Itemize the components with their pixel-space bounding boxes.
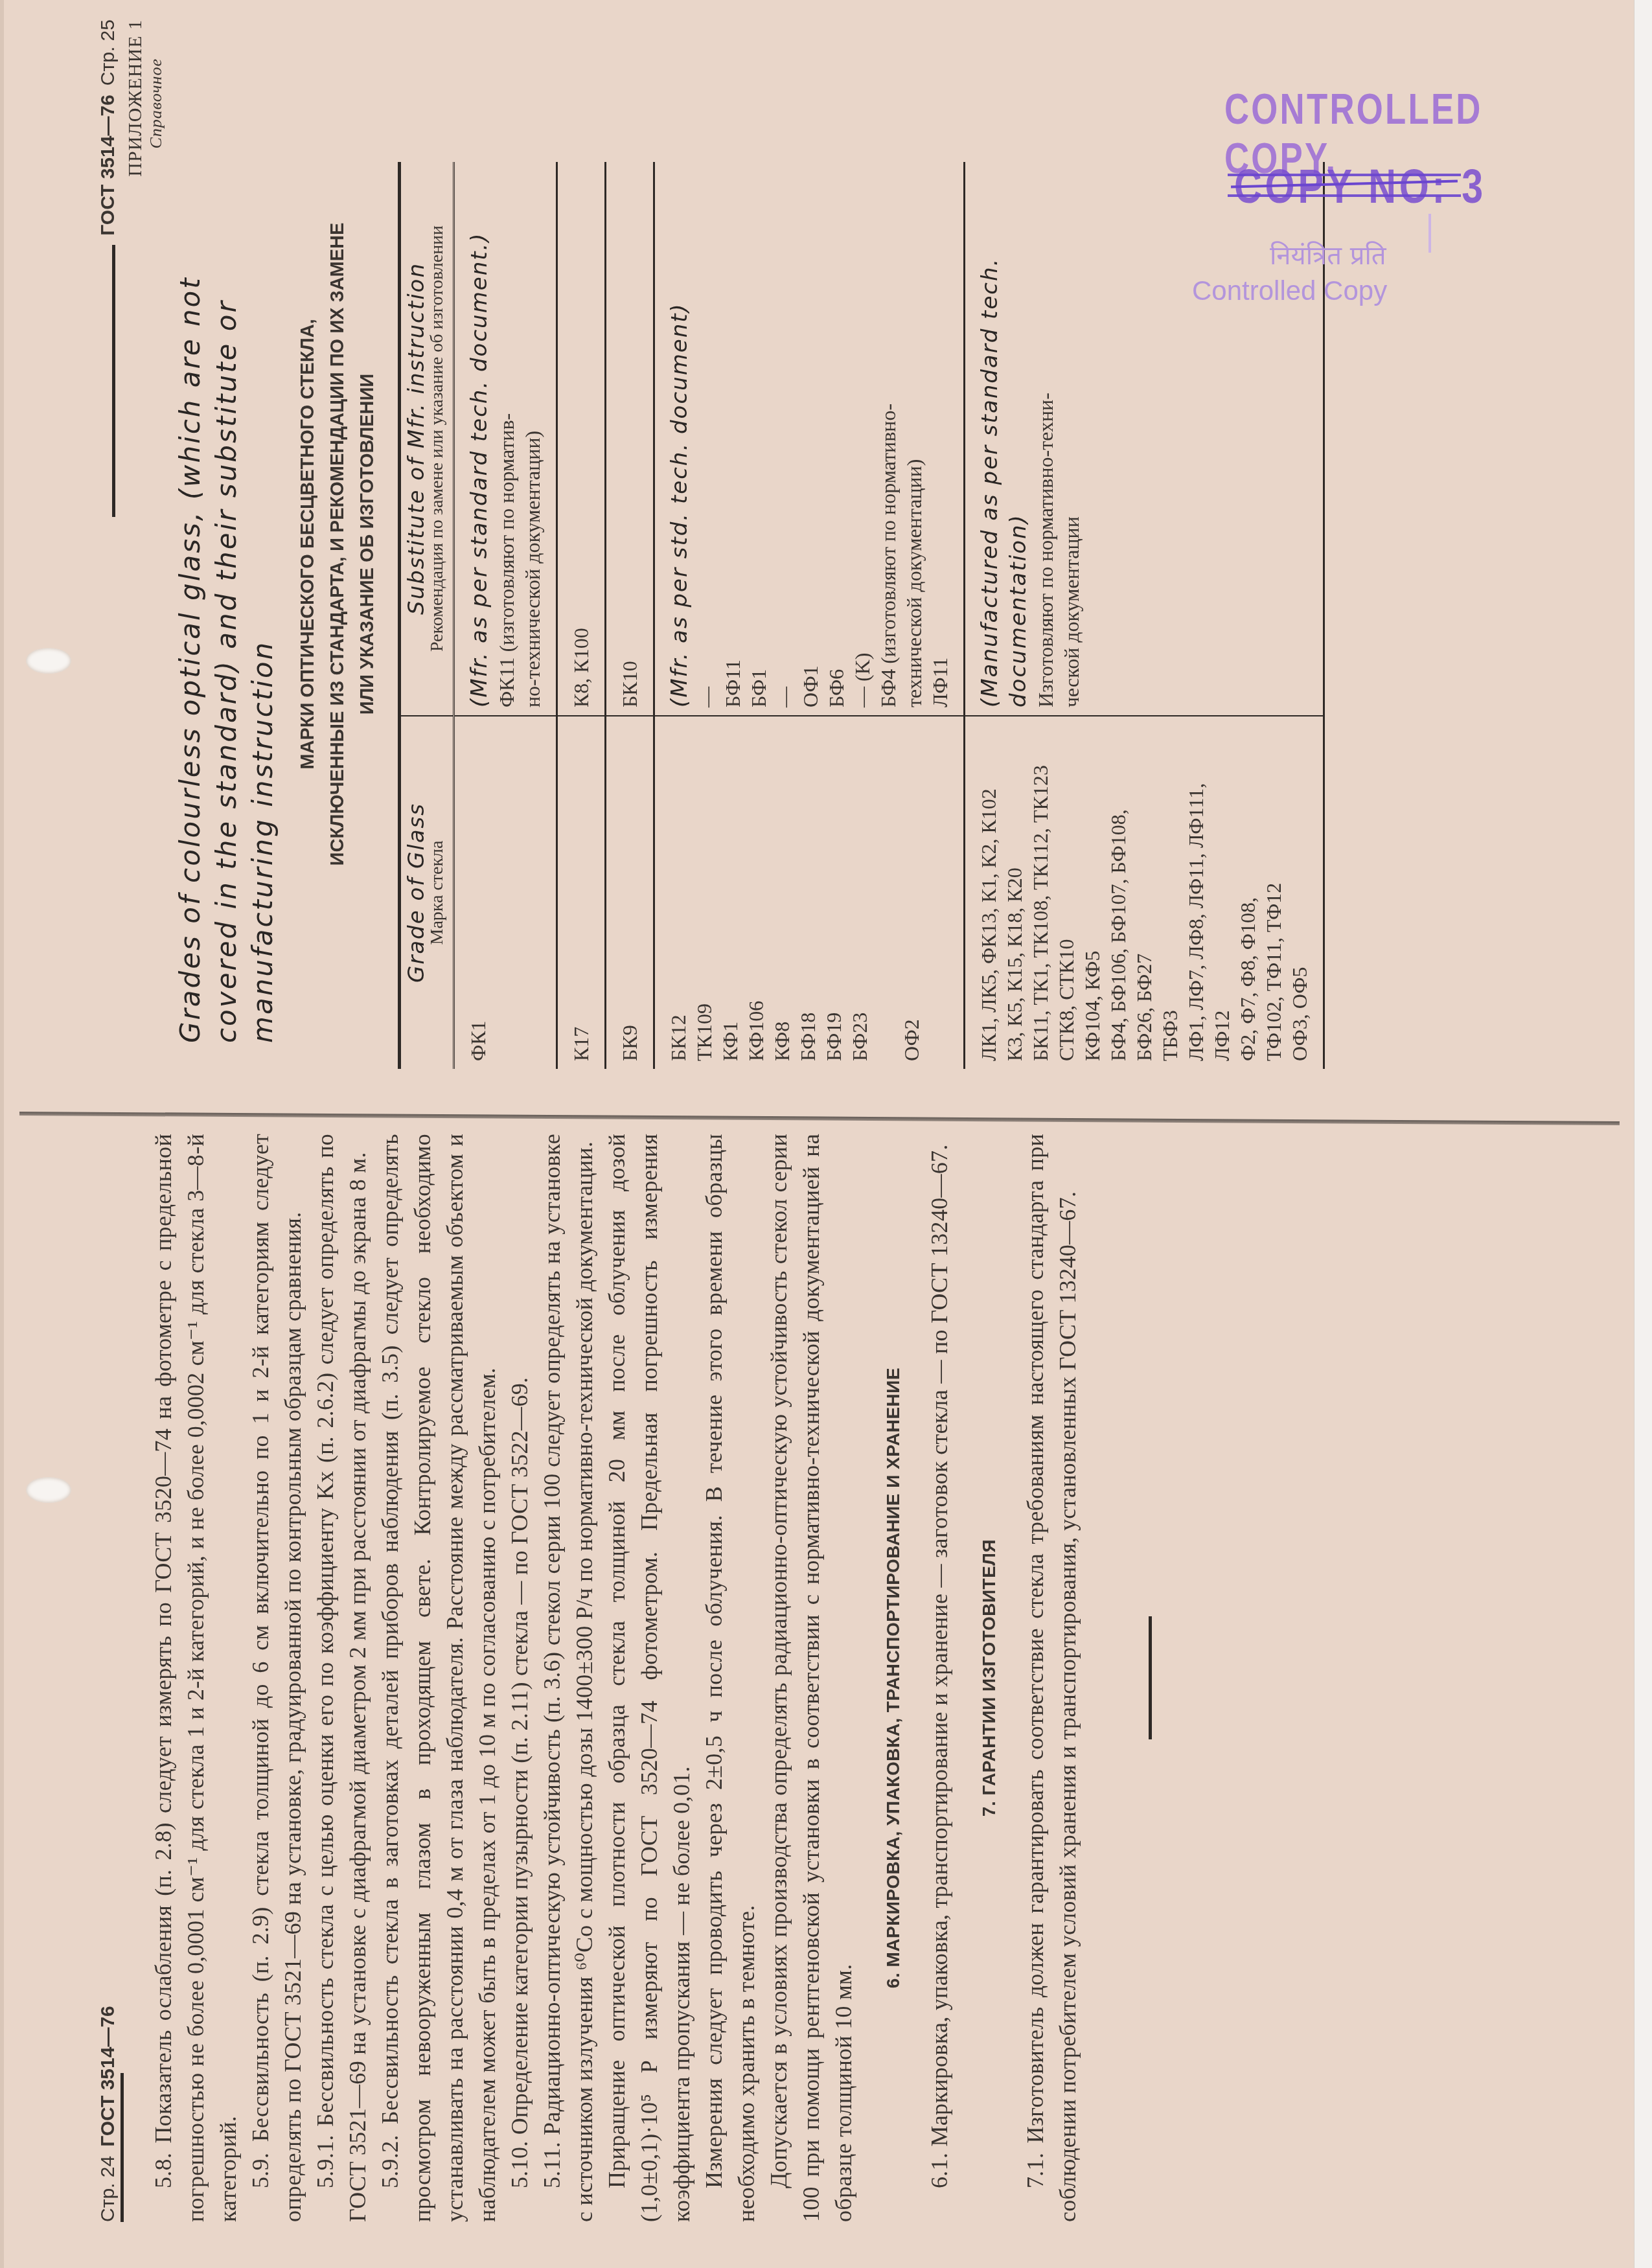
paragraph-6-1: 6.1. Маркировка, упаковка, транспортиров… xyxy=(923,1134,956,2222)
controlled-copy-stamp-small: Controlled Copy xyxy=(1192,275,1387,306)
grade-item: К3, К5, К15, К18, К20 xyxy=(1002,724,1027,1061)
section-6-title: 6. МАРКИРОВКА, УПАКОВКА, ТРАНСПОРТИРОВАН… xyxy=(883,1134,904,2222)
paragraph-optical-density: Приращение оптической плотности образца … xyxy=(601,1134,698,2222)
cell-grade: К17 xyxy=(557,716,606,1069)
glass-grades-table: Grade of Glass Марка стекла Substitute o… xyxy=(398,162,1325,1069)
header-page-number: Стр. 24 xyxy=(97,2156,119,2222)
column-header-substitute: Substitute of Mfr. instruction Рекоменда… xyxy=(400,162,454,716)
substitute-item: ОФ1 xyxy=(797,170,823,707)
table-title-line: ИЛИ УКАЗАНИЕ ОБ ИЗГОТОВЛЕНИИ xyxy=(352,19,382,1069)
grade-item: ТФ102, ТФ11, ТФ12 xyxy=(1261,724,1287,1061)
end-rule xyxy=(1149,1616,1152,1739)
handwritten-annotation: (Mfr. as per standard tech. document.) xyxy=(465,170,494,707)
substitute-item: БК10 xyxy=(617,170,643,707)
grade-item: ОФ2 xyxy=(899,724,924,1061)
paragraph-7-1: 7.1. Изготовитель должен гарантировать с… xyxy=(1019,1134,1084,2222)
cell-grade: ЛК1, ЛК5, ФК13, К1, К2, К102К3, К5, К15,… xyxy=(965,716,1324,1069)
substitute-item: технической документации) xyxy=(901,170,927,707)
grade-item: ТК109 xyxy=(691,724,717,1061)
grade-item: КФ106 xyxy=(743,724,769,1061)
paragraph-5-10: 5.10. Определение категории пузырности (… xyxy=(503,1134,536,2222)
grade-item: ЛФ1, ЛФ7, ЛФ8, ЛФ11, ЛФ111, xyxy=(1183,724,1209,1061)
page-fold-line xyxy=(19,1112,1620,1125)
punch-hole xyxy=(26,648,71,674)
grade-item: ФК1 xyxy=(465,724,491,1061)
grade-item: КФ104, КФ5 xyxy=(1079,724,1105,1061)
header-page-number: Стр. 25 xyxy=(97,19,119,86)
handwritten-annotation: (Manufactured as per standard tech. docu… xyxy=(976,170,1033,707)
header-rule-row xyxy=(120,1134,128,2222)
substitute-item: ческой документации xyxy=(1059,170,1084,707)
handwritten-annotation: Grade of Glass xyxy=(406,724,427,1061)
appendix-label: ПРИЛОЖЕНИЕ 1 Справочное xyxy=(124,19,166,1069)
substitute-item: Изготовляют по нормативно-техни- xyxy=(1033,170,1059,707)
paragraph-5-9: 5.9. Бессвильность (п. 2.9) стекла толщи… xyxy=(244,1134,309,2222)
column-header-grade: Grade of Glass Марка стекла xyxy=(400,716,454,1069)
grade-item: БК11, ТК1, ТК108, ТК112, ТК123 xyxy=(1027,724,1053,1061)
table-row: БК12ТК109КФ1КФ106КФ8БФ18БФ19БФ23 ОФ2(Mfr… xyxy=(654,162,965,1069)
grade-item: Ф2, Ф7, Ф8, Ф108, xyxy=(1235,724,1261,1061)
substitute-item: но-технической документации) xyxy=(520,170,545,707)
table-title: МАРКИ ОПТИЧЕСКОГО БЕСЦВЕТНОГО СТЕКЛА, ИС… xyxy=(293,19,382,1069)
substitute-item: К8, К100 xyxy=(568,170,594,707)
table-row: К17К8, К100 xyxy=(557,162,606,1069)
grade-item: БФ4, БФ106, БФ107, БФ108, xyxy=(1105,724,1131,1061)
grade-item: ТБФ3 xyxy=(1157,724,1183,1061)
grade-item: БК9 xyxy=(617,724,643,1061)
handwritten-annotation: (Mfr. as per std. tech. document) xyxy=(665,170,694,707)
substitute-item: — (K) xyxy=(849,170,875,707)
grade-item xyxy=(873,724,899,1061)
substitute-item: БФ4 (изготовляют по нормативно- xyxy=(875,170,901,707)
substitute-item: БФ6 xyxy=(823,170,849,707)
page-24: Стр. 24 ГОСТ 3514—76 5.8. Показатель осл… xyxy=(97,1134,1555,2222)
header-rule xyxy=(112,245,115,517)
substitute-item: БФ11 xyxy=(720,170,746,707)
appendix-kind: Справочное xyxy=(146,58,166,1069)
scan-edge-left xyxy=(0,0,4,2268)
grade-item: БФ19 xyxy=(821,724,847,1061)
cell-substitute: (Mfr. as per std. tech. document)—БФ11БФ… xyxy=(654,162,965,716)
grade-item: КФ8 xyxy=(769,724,795,1061)
grade-item: БК12 xyxy=(665,724,691,1061)
header-standard: ГОСТ 3514—76 xyxy=(97,2006,119,2147)
handwritten-title: Grades of colourless optical glass, (whi… xyxy=(172,214,281,1043)
section-7-title: 7. ГАРАНТИИ ИЗГОТОВИТЕЛЯ xyxy=(979,1134,1000,2222)
grade-item: БФ26, БФ27 xyxy=(1131,724,1157,1061)
table-row: БК9БК10 xyxy=(606,162,654,1069)
grade-item: БФ23 xyxy=(847,724,873,1061)
cell-grade: БК9 xyxy=(606,716,654,1069)
grade-item: ЛК1, ЛК5, ФК13, К1, К2, К102 xyxy=(976,724,1002,1061)
substitute-item: ЛФ11 xyxy=(927,170,953,707)
table-title-line: МАРКИ ОПТИЧЕСКОГО БЕСЦВЕТНОГО СТЕКЛА, xyxy=(293,19,323,1069)
hindi-controlled-copy-stamp: नियंत्रित प्रति xyxy=(1270,236,1386,272)
paragraph-5-9-2: 5.9.2. Бессвильность стекла в заготовках… xyxy=(374,1134,503,2222)
paragraph-xray-allowed: Допускается в условиях производства опре… xyxy=(763,1134,860,2222)
paragraph-5-9-1: 5.9.1. Бессвильность стекла с целью оцен… xyxy=(309,1134,374,2222)
table-row: ФК1(Mfr. as per standard tech. document.… xyxy=(454,162,557,1069)
substitute-item: — xyxy=(694,170,720,707)
cell-substitute: (Mfr. as per standard tech. document.)ФК… xyxy=(454,162,557,716)
substitute-item: БФ1 xyxy=(746,170,772,707)
header-rule xyxy=(120,2073,124,2222)
table-title-line: ИСКЛЮЧЕННЫЕ ИЗ СТАНДАРТА, И РЕКОМЕНДАЦИИ… xyxy=(323,19,352,1069)
paragraph-5-8: 5.8. Показатель ослабления (п. 2.8) след… xyxy=(147,1134,244,2222)
grade-item: СТК8, СТК10 xyxy=(1053,724,1079,1061)
substitute-item: ФК11 (изготовляют по норматив- xyxy=(494,170,520,707)
handwritten-annotation: Substitute of Mfr. instruction xyxy=(406,170,427,707)
grade-item: КФ1 xyxy=(717,724,743,1061)
paragraph-measurement-time: Измерения следует проводить через 2±0,5 … xyxy=(698,1134,763,2222)
cell-substitute: БК10 xyxy=(606,162,654,716)
grade-item: БФ18 xyxy=(795,724,821,1061)
grade-item: ЛФ12 xyxy=(1209,724,1235,1061)
cell-grade: ФК1 xyxy=(454,716,557,1069)
page-header: Стр. 24 ГОСТ 3514—76 xyxy=(97,1134,119,2222)
appendix-number: ПРИЛОЖЕНИЕ 1 xyxy=(124,19,146,177)
header-label: Марка стекла xyxy=(427,840,447,945)
grade-item: К17 xyxy=(568,724,594,1061)
punch-hole xyxy=(26,1477,71,1503)
scan-margin-right xyxy=(1634,0,1652,2268)
paragraph-5-11: 5.11. Радиационно-оптическую устойчивост… xyxy=(536,1134,601,2222)
body-text: 5.8. Показатель ослабления (п. 2.8) след… xyxy=(147,1134,860,2222)
header-label: Рекомендация по замене или указание об и… xyxy=(427,225,447,652)
substitute-item: — xyxy=(772,170,797,707)
grade-item: ОФ3, ОФ5 xyxy=(1287,724,1313,1061)
section-6-body: 6.1. Маркировка, упаковка, транспортиров… xyxy=(923,1134,956,2222)
header-standard: ГОСТ 3514—76 xyxy=(97,95,119,236)
page-header: ГОСТ 3514—76 Стр. 25 xyxy=(97,19,119,1069)
cell-grade: БК12ТК109КФ1КФ106КФ8БФ18БФ19БФ23 ОФ2 xyxy=(654,716,965,1069)
section-7-body: 7.1. Изготовитель должен гарантировать с… xyxy=(1019,1134,1084,2222)
cell-substitute: К8, К100 xyxy=(557,162,606,716)
stamp-mark xyxy=(1428,214,1431,253)
